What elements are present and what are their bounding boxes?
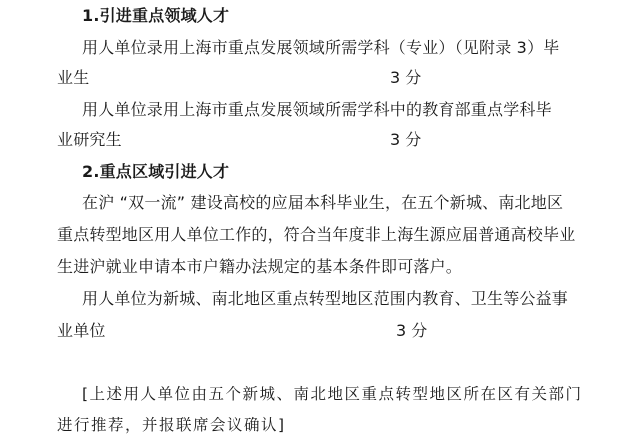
section2-paragraph-line1: 在沪 “双一流” 建设高校的应届本科毕业生，在五个新城、南北地区 bbox=[82, 193, 563, 213]
note-line1: [上述用人单位由五个新城、南北地区重点转型地区所在区有关部门 bbox=[82, 384, 583, 404]
section1-item2-line1: 用人单位录用上海市重点发展领域所需学科中的教育部重点学科毕 bbox=[82, 100, 552, 120]
section1-item2-line2: 业研究生 bbox=[57, 130, 122, 150]
section1-item2-score: 3 分 bbox=[390, 130, 421, 150]
section2-heading: 2.重点区域引进人才 bbox=[82, 162, 229, 182]
section2-item-line2: 业单位 bbox=[57, 321, 106, 341]
section1-item1-line1: 用人单位录用上海市重点发展领域所需学科（专业）（见附录 3）毕 bbox=[82, 38, 559, 58]
section2-paragraph-line2: 重点转型地区用人单位工作的，符合当年度非上海生源应届普通高校毕业 bbox=[57, 225, 575, 245]
section2-paragraph-line3: 生进沪就业申请本市户籍办法规定的基本条件即可落户。 bbox=[57, 257, 462, 277]
section2-item-score: 3 分 bbox=[396, 321, 427, 341]
section2-item-line1: 用人单位为新城、南北地区重点转型地区范围内教育、卫生等公益事 bbox=[82, 289, 568, 309]
section1-heading: 1.引进重点领域人才 bbox=[82, 6, 229, 26]
note-line2: 进行推荐，并报联席会议确认] bbox=[57, 415, 286, 435]
section1-item1-line2: 业生 bbox=[57, 68, 89, 88]
section1-item1-score: 3 分 bbox=[390, 68, 421, 88]
